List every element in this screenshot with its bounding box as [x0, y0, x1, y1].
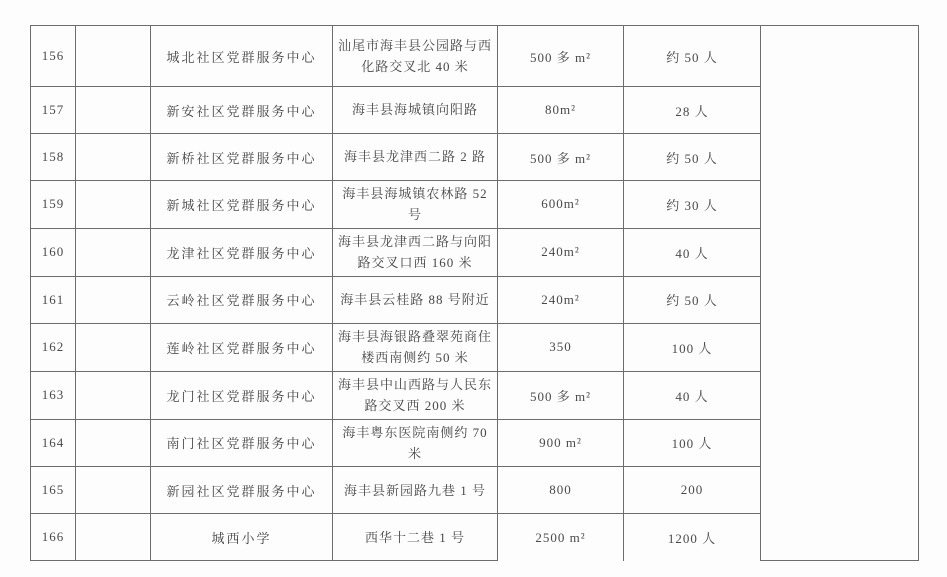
site-area-cell: 500 多 m² — [498, 371, 624, 419]
blank-cell — [76, 419, 151, 467]
site-area-cell: 240m² — [498, 228, 624, 276]
site-capacity-cell: 200 — [624, 467, 761, 514]
blank-cell — [76, 26, 151, 87]
row-number-cell: 157 — [31, 87, 76, 134]
row-number-cell: 164 — [31, 419, 76, 467]
site-capacity-cell: 40 人 — [624, 371, 761, 419]
site-capacity-cell: 约 50 人 — [624, 276, 761, 323]
site-name-cell: 龙门社区党群服务中心 — [151, 371, 333, 419]
site-area-cell: 800 — [498, 467, 624, 514]
site-name-cell: 龙津社区党群服务中心 — [151, 228, 333, 276]
facility-table-body: 156城北社区党群服务中心汕尾市海丰县公园路与西化路交叉北 40 米500 多 … — [31, 26, 919, 561]
blank-cell — [76, 467, 151, 514]
site-address-cell: 海丰县海城镇农林路 52 号 — [333, 181, 498, 229]
site-name-cell: 南门社区党群服务中心 — [151, 419, 333, 467]
row-number-cell: 161 — [31, 276, 76, 323]
blank-cell — [76, 323, 151, 371]
site-name-cell: 城西小学 — [151, 514, 333, 561]
blank-cell — [76, 276, 151, 323]
site-capacity-cell: 约 30 人 — [624, 181, 761, 229]
site-area-cell: 80m² — [498, 87, 624, 134]
site-address-cell: 海丰县海城镇向阳路 — [333, 87, 498, 134]
blank-cell — [76, 514, 151, 561]
site-name-cell: 城北社区党群服务中心 — [151, 26, 333, 87]
site-address-cell: 海丰粤东医院南侧约 70 米 — [333, 419, 498, 467]
site-name-cell: 云岭社区党群服务中心 — [151, 276, 333, 323]
blank-cell — [76, 228, 151, 276]
row-number-cell: 159 — [31, 181, 76, 229]
blank-cell — [76, 371, 151, 419]
site-area-cell: 500 多 m² — [498, 134, 624, 181]
blank-cell — [76, 87, 151, 134]
site-name-cell: 新园社区党群服务中心 — [151, 467, 333, 514]
site-area-cell: 600m² — [498, 181, 624, 229]
site-capacity-cell: 28 人 — [624, 87, 761, 134]
site-name-cell: 新桥社区党群服务中心 — [151, 134, 333, 181]
site-capacity-cell: 40 人 — [624, 228, 761, 276]
site-area-cell: 350 — [498, 323, 624, 371]
site-address-cell: 海丰县海银路叠翠苑商住楼西南侧约 50 米 — [333, 323, 498, 371]
site-capacity-cell: 约 50 人 — [624, 134, 761, 181]
row-number-cell: 156 — [31, 26, 76, 87]
site-address-cell: 汕尾市海丰县公园路与西化路交叉北 40 米 — [333, 26, 498, 87]
scanned-document-page: 156城北社区党群服务中心汕尾市海丰县公园路与西化路交叉北 40 米500 多 … — [0, 0, 947, 577]
facility-table: 156城北社区党群服务中心汕尾市海丰县公园路与西化路交叉北 40 米500 多 … — [30, 25, 919, 561]
blank-cell — [76, 134, 151, 181]
site-capacity-cell: 1200 人 — [624, 514, 761, 561]
site-address-cell: 海丰县龙津西二路 2 路 — [333, 134, 498, 181]
site-capacity-cell: 100 人 — [624, 323, 761, 371]
row-number-cell: 162 — [31, 323, 76, 371]
side-empty-column — [761, 26, 919, 561]
site-address-cell: 海丰县云桂路 88 号附近 — [333, 276, 498, 323]
row-number-cell: 165 — [31, 467, 76, 514]
site-area-cell: 240m² — [498, 276, 624, 323]
site-area-cell: 500 多 m² — [498, 26, 624, 87]
site-address-cell: 海丰县中山西路与人民东路交叉西 200 米 — [333, 371, 498, 419]
table-row: 156城北社区党群服务中心汕尾市海丰县公园路与西化路交叉北 40 米500 多 … — [31, 26, 919, 87]
row-number-cell: 166 — [31, 514, 76, 561]
row-number-cell: 160 — [31, 228, 76, 276]
site-capacity-cell: 100 人 — [624, 419, 761, 467]
site-name-cell: 莲岭社区党群服务中心 — [151, 323, 333, 371]
site-address-cell: 西华十二巷 1 号 — [333, 514, 498, 561]
row-number-cell: 158 — [31, 134, 76, 181]
site-area-cell: 2500 m² — [498, 514, 624, 561]
site-address-cell: 海丰县新园路九巷 1 号 — [333, 467, 498, 514]
site-name-cell: 新城社区党群服务中心 — [151, 181, 333, 229]
site-address-cell: 海丰县龙津西二路与向阳路交叉口西 160 米 — [333, 228, 498, 276]
row-number-cell: 163 — [31, 371, 76, 419]
blank-cell — [76, 181, 151, 229]
site-area-cell: 900 m² — [498, 419, 624, 467]
site-name-cell: 新安社区党群服务中心 — [151, 87, 333, 134]
site-capacity-cell: 约 50 人 — [624, 26, 761, 87]
